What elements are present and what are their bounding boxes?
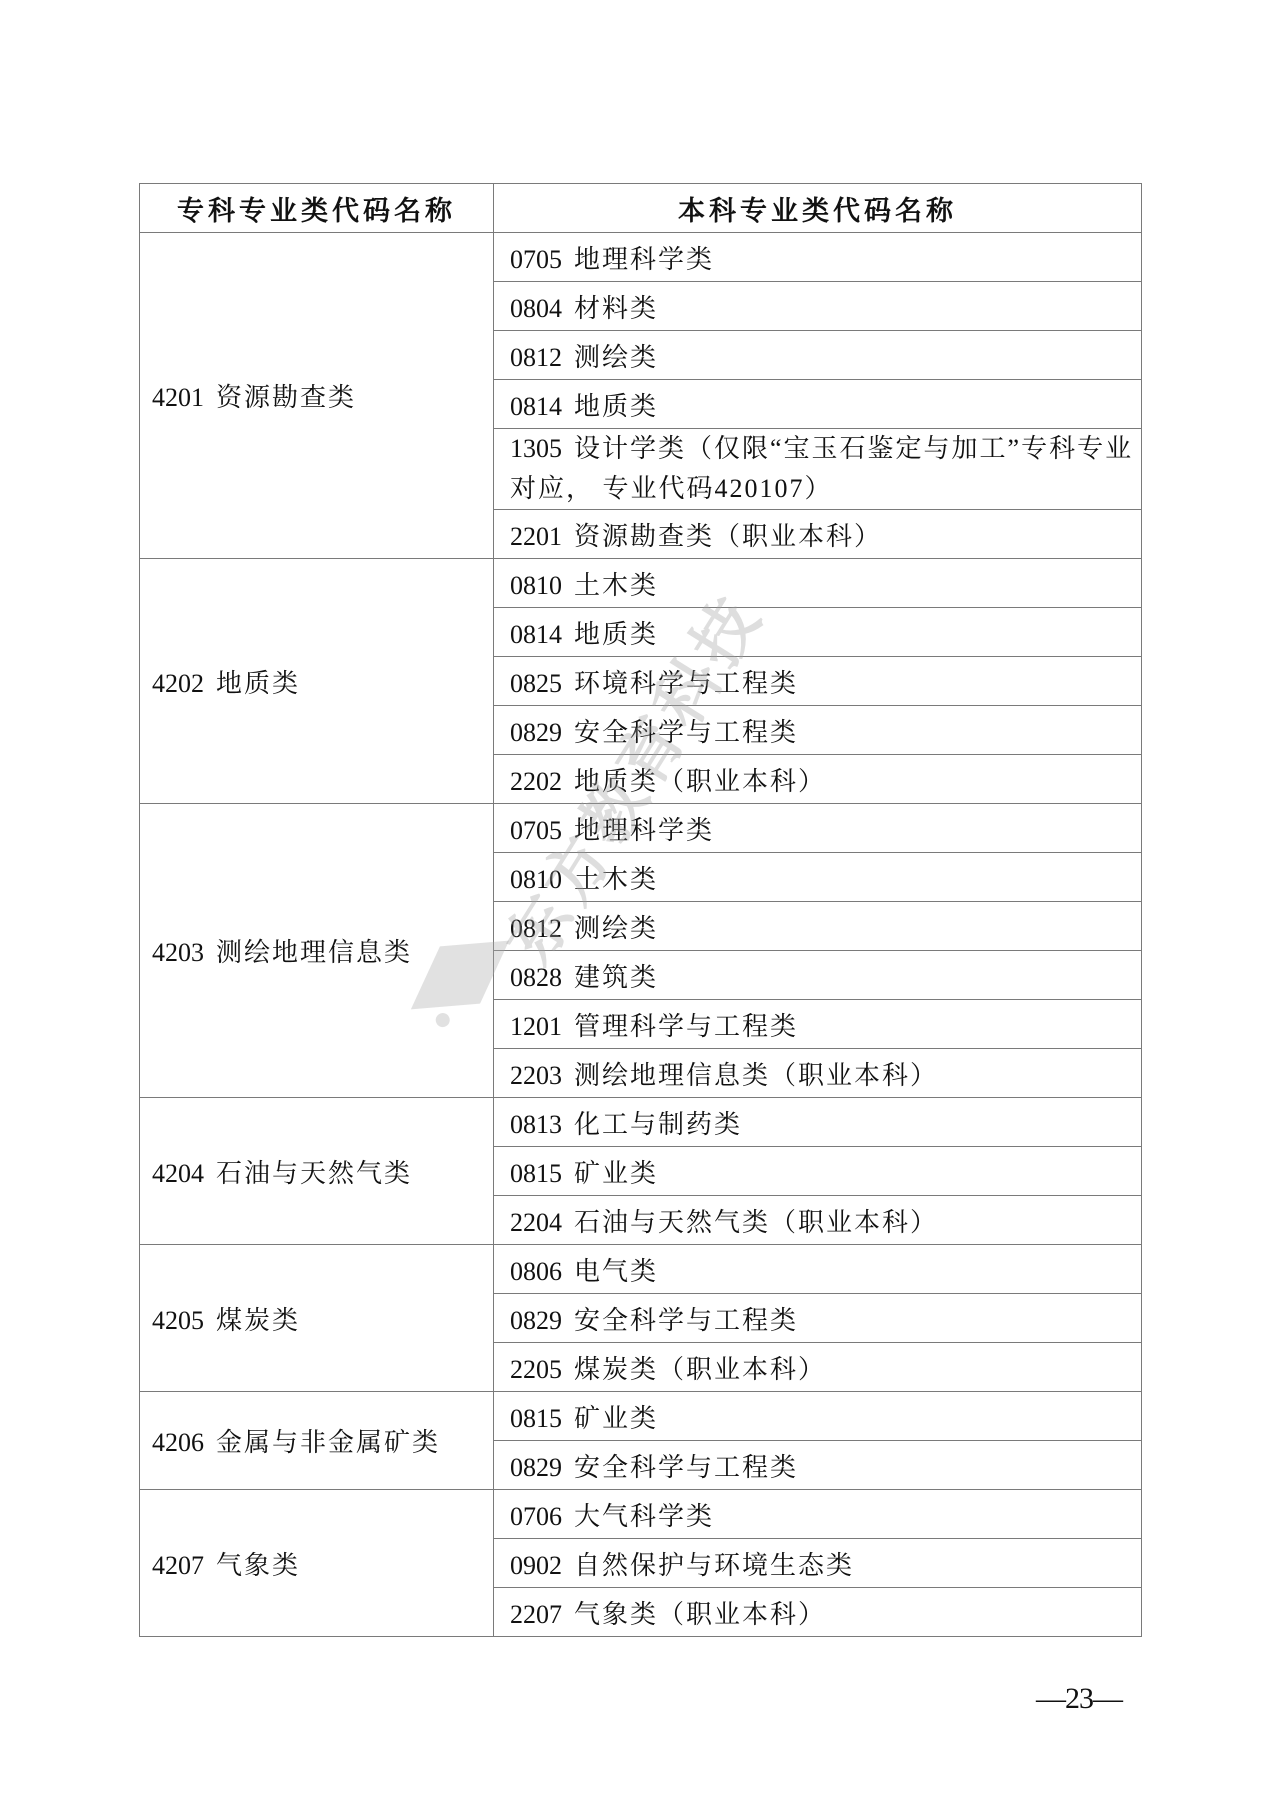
vocational-major-name: 煤炭类 — [216, 1306, 300, 1335]
page-number: —23— — [1036, 1682, 1122, 1716]
vocational-major-name: 测绘地理信息类 — [216, 938, 412, 967]
undergraduate-major-cell: 0828建筑类 — [494, 951, 1142, 1000]
undergraduate-major-cell: 2205煤炭类（职业本科） — [494, 1343, 1142, 1392]
vocational-major-code: 4205 — [152, 1306, 204, 1335]
undergraduate-major-name: 测绘地理信息类（职业本科） — [574, 1061, 938, 1090]
undergraduate-major-cell: 0705地理科学类 — [494, 233, 1142, 282]
table-row: 4201资源勘查类0705地理科学类 — [140, 233, 1142, 282]
vocational-major-name: 石油与天然气类 — [216, 1159, 412, 1188]
undergraduate-major-name: 测绘类 — [574, 343, 658, 372]
vocational-major-cell: 4203测绘地理信息类 — [140, 804, 494, 1098]
undergraduate-major-cell: 0810土木类 — [494, 559, 1142, 608]
vocational-major-name: 气象类 — [216, 1551, 300, 1580]
undergraduate-major-cell: 0806电气类 — [494, 1245, 1142, 1294]
table-row: 4206金属与非金属矿类0815矿业类 — [140, 1392, 1142, 1441]
vocational-major-code: 4201 — [152, 383, 204, 412]
undergraduate-major-name: 化工与制药类 — [574, 1110, 742, 1139]
vocational-major-cell: 4206金属与非金属矿类 — [140, 1392, 494, 1490]
vocational-major-code: 4207 — [152, 1551, 204, 1580]
undergraduate-major-code: 2207 — [510, 1600, 562, 1629]
undergraduate-major-cell: 1201管理科学与工程类 — [494, 1000, 1142, 1049]
vocational-major-code: 4204 — [152, 1159, 204, 1188]
undergraduate-major-code: 0814 — [510, 392, 562, 421]
table-row: 4202地质类0810土木类 — [140, 559, 1142, 608]
undergraduate-major-name: 地质类 — [574, 620, 658, 649]
undergraduate-major-name: 地质类 — [574, 392, 658, 421]
undergraduate-major-name: 材料类 — [574, 294, 658, 323]
undergraduate-major-name: 煤炭类（职业本科） — [574, 1355, 826, 1384]
undergraduate-major-cell: 0902自然保护与环境生态类 — [494, 1539, 1142, 1588]
undergraduate-major-name: 地理科学类 — [574, 816, 714, 845]
vocational-major-cell: 4207气象类 — [140, 1490, 494, 1637]
undergraduate-major-name: 地理科学类 — [574, 245, 714, 274]
undergraduate-major-name: 安全科学与工程类 — [574, 718, 798, 747]
undergraduate-major-name: 自然保护与环境生态类 — [574, 1551, 854, 1580]
undergraduate-major-name: 大气科学类 — [574, 1502, 714, 1531]
undergraduate-major-name: 环境科学与工程类 — [574, 669, 798, 698]
table-row: 4203测绘地理信息类0705地理科学类 — [140, 804, 1142, 853]
undergraduate-major-name: 石油与天然气类（职业本科） — [574, 1208, 938, 1237]
undergraduate-major-name: 安全科学与工程类 — [574, 1306, 798, 1335]
undergraduate-major-code: 2205 — [510, 1355, 562, 1384]
undergraduate-major-code: 0829 — [510, 718, 562, 747]
vocational-major-code: 4203 — [152, 938, 204, 967]
undergraduate-major-code: 1201 — [510, 1012, 562, 1041]
vocational-major-cell: 4204石油与天然气类 — [140, 1098, 494, 1245]
undergraduate-major-name: 气象类（职业本科） — [574, 1600, 826, 1629]
vocational-major-code: 4206 — [152, 1428, 204, 1457]
undergraduate-major-cell: 2202地质类（职业本科） — [494, 755, 1142, 804]
undergraduate-major-name: 地质类（职业本科） — [574, 767, 826, 796]
undergraduate-major-cell: 2203测绘地理信息类（职业本科） — [494, 1049, 1142, 1098]
undergraduate-major-name: 测绘类 — [574, 914, 658, 943]
undergraduate-major-name: 电气类 — [574, 1257, 658, 1286]
undergraduate-major-cell: 0812测绘类 — [494, 331, 1142, 380]
undergraduate-major-code: 2204 — [510, 1208, 562, 1237]
undergraduate-major-name: 土木类 — [574, 571, 658, 600]
undergraduate-major-code: 0812 — [510, 343, 562, 372]
undergraduate-major-code: 0705 — [510, 816, 562, 845]
table-header-row: 专科专业类代码名称 本科专业类代码名称 — [140, 184, 1142, 233]
table-row: 4204石油与天然气类0813化工与制药类 — [140, 1098, 1142, 1147]
undergraduate-major-cell: 0829安全科学与工程类 — [494, 1441, 1142, 1490]
undergraduate-major-cell: 2201资源勘查类（职业本科） — [494, 510, 1142, 559]
undergraduate-major-code: 1305 — [510, 434, 562, 463]
header-vocational-major: 专科专业类代码名称 — [140, 184, 494, 233]
undergraduate-major-code: 0829 — [510, 1453, 562, 1482]
vocational-major-code: 4202 — [152, 669, 204, 698]
undergraduate-major-code: 0806 — [510, 1257, 562, 1286]
undergraduate-major-cell: 0829安全科学与工程类 — [494, 706, 1142, 755]
vocational-major-cell: 4201资源勘查类 — [140, 233, 494, 559]
undergraduate-major-cell: 0810土木类 — [494, 853, 1142, 902]
undergraduate-major-code: 0815 — [510, 1404, 562, 1433]
undergraduate-major-cell: 0829安全科学与工程类 — [494, 1294, 1142, 1343]
undergraduate-major-code: 0829 — [510, 1306, 562, 1335]
vocational-major-name: 地质类 — [216, 669, 300, 698]
undergraduate-major-name: 建筑类 — [574, 963, 658, 992]
undergraduate-major-cell: 2207气象类（职业本科） — [494, 1588, 1142, 1637]
undergraduate-major-code: 0902 — [510, 1551, 562, 1580]
undergraduate-major-cell: 0813化工与制药类 — [494, 1098, 1142, 1147]
undergraduate-major-code: 0828 — [510, 963, 562, 992]
undergraduate-major-name: 矿业类 — [574, 1159, 658, 1188]
table-row: 4205煤炭类0806电气类 — [140, 1245, 1142, 1294]
table-body: 4201资源勘查类0705地理科学类0804材料类0812测绘类0814地质类1… — [140, 233, 1142, 1637]
undergraduate-major-cell: 0814地质类 — [494, 608, 1142, 657]
undergraduate-major-name: 土木类 — [574, 865, 658, 894]
undergraduate-major-code: 0706 — [510, 1502, 562, 1531]
header-undergraduate-major: 本科专业类代码名称 — [494, 184, 1142, 233]
undergraduate-major-name: 安全科学与工程类 — [574, 1453, 798, 1482]
undergraduate-major-code: 0825 — [510, 669, 562, 698]
undergraduate-major-code: 0813 — [510, 1110, 562, 1139]
undergraduate-major-code: 0804 — [510, 294, 562, 323]
undergraduate-major-code: 2202 — [510, 767, 562, 796]
major-mapping-table: 专科专业类代码名称 本科专业类代码名称 4201资源勘查类0705地理科学类08… — [139, 183, 1142, 1637]
document-page: 专科专业类代码名称 本科专业类代码名称 4201资源勘查类0705地理科学类08… — [0, 0, 1280, 1810]
undergraduate-major-name: 矿业类 — [574, 1404, 658, 1433]
undergraduate-major-cell: 2204石油与天然气类（职业本科） — [494, 1196, 1142, 1245]
undergraduate-major-name: 管理科学与工程类 — [574, 1012, 798, 1041]
undergraduate-major-code: 0814 — [510, 620, 562, 649]
undergraduate-major-cell: 0812测绘类 — [494, 902, 1142, 951]
undergraduate-major-code: 2203 — [510, 1061, 562, 1090]
undergraduate-major-cell: 0815矿业类 — [494, 1392, 1142, 1441]
undergraduate-major-code: 0810 — [510, 865, 562, 894]
undergraduate-major-cell: 0706大气科学类 — [494, 1490, 1142, 1539]
vocational-major-cell: 4202地质类 — [140, 559, 494, 804]
undergraduate-major-code: 0815 — [510, 1159, 562, 1188]
undergraduate-major-cell: 0815矿业类 — [494, 1147, 1142, 1196]
undergraduate-major-code: 0810 — [510, 571, 562, 600]
undergraduate-major-cell: 0804材料类 — [494, 282, 1142, 331]
vocational-major-name: 金属与非金属矿类 — [216, 1428, 440, 1457]
undergraduate-major-code: 2201 — [510, 522, 562, 551]
undergraduate-major-name: 设计学类（仅限“宝玉石鉴定与加工”专科专业对应， 专业代码420107） — [510, 434, 1133, 503]
undergraduate-major-name: 资源勘查类（职业本科） — [574, 522, 882, 551]
undergraduate-major-code: 0705 — [510, 245, 562, 274]
undergraduate-major-cell: 0705地理科学类 — [494, 804, 1142, 853]
table-row: 4207气象类0706大气科学类 — [140, 1490, 1142, 1539]
undergraduate-major-code: 0812 — [510, 914, 562, 943]
undergraduate-major-cell: 1305设计学类（仅限“宝玉石鉴定与加工”专科专业对应， 专业代码420107） — [494, 429, 1142, 510]
undergraduate-major-cell: 0825环境科学与工程类 — [494, 657, 1142, 706]
undergraduate-major-cell: 0814地质类 — [494, 380, 1142, 429]
vocational-major-cell: 4205煤炭类 — [140, 1245, 494, 1392]
vocational-major-name: 资源勘查类 — [216, 383, 356, 412]
